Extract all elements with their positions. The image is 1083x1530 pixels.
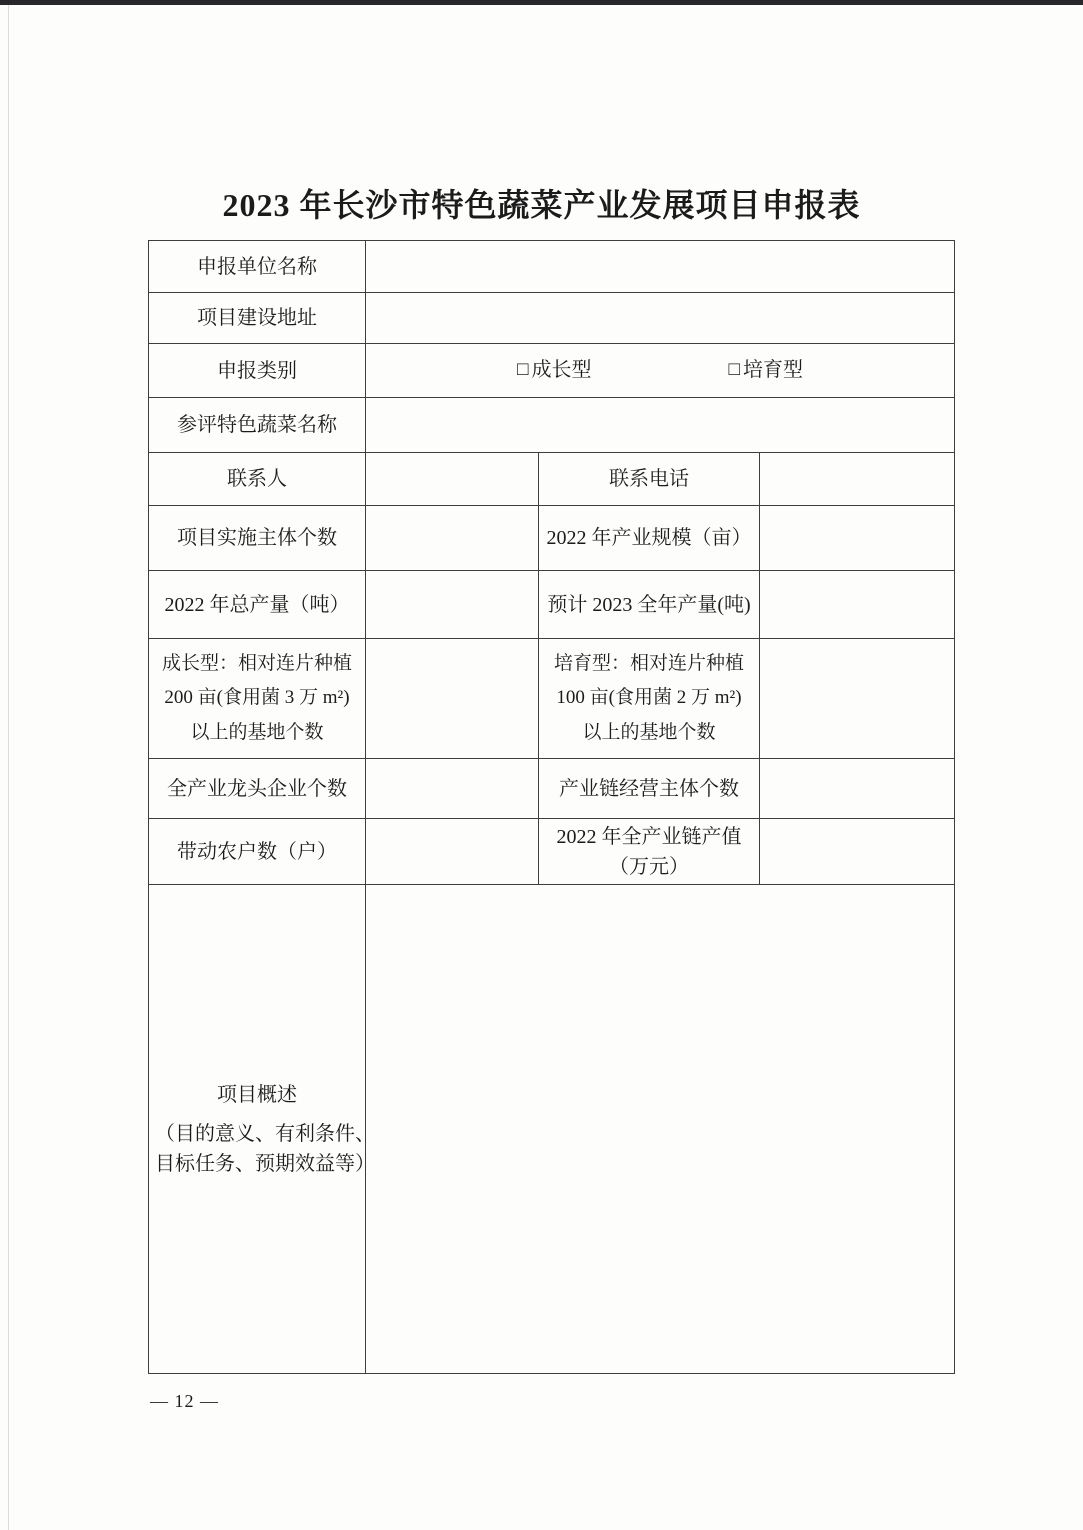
implementers-label: 项目实施主体个数 — [149, 506, 366, 571]
label-line: 成长型：相对连片种植 — [151, 647, 363, 681]
checkbox-option-cultivation-label: 培育型 — [743, 359, 803, 381]
checkbox-icon: □ — [729, 355, 740, 385]
phone-label: 联系电话 — [539, 453, 760, 506]
table-row: 项目概述 （目的意义、有利条件、 目标任务、预期效益等） — [149, 885, 955, 1374]
table-row: 参评特色蔬菜名称 — [149, 398, 955, 453]
unit-name-value-cell — [366, 241, 955, 293]
implementers-value-cell — [366, 506, 539, 571]
households-value-cell — [366, 819, 539, 885]
page-title: 2023 年长沙市特色蔬菜产业发展项目申报表 — [0, 180, 1083, 226]
checkbox-icon: □ — [517, 355, 528, 385]
label-line: 目标任务、预期效益等） — [155, 1149, 359, 1179]
vegetable-name-label: 参评特色蔬菜名称 — [149, 398, 366, 453]
category-label: 申报类别 — [149, 344, 366, 398]
label-line: 以上的基地个数 — [541, 716, 757, 750]
checkbox-option-cultivation[interactable]: □培育型 — [729, 354, 803, 386]
checkbox-option-growth[interactable]: □成长型 — [517, 354, 591, 386]
output-2023-value-cell — [760, 571, 955, 639]
label-line: 100 亩(食用菌 2 万 m²) — [541, 681, 757, 715]
table-row: 申报类别 □成长型 □培育型 — [149, 344, 955, 398]
phone-value-cell — [760, 453, 955, 506]
label-line: 培育型：相对连片种植 — [541, 647, 757, 681]
contact-label: 联系人 — [149, 453, 366, 506]
growth-bases-value-cell — [366, 639, 539, 759]
growth-bases-label: 成长型：相对连片种植 200 亩(食用菌 3 万 m²) 以上的基地个数 — [149, 639, 366, 759]
project-overview-label: 项目概述 （目的意义、有利条件、 目标任务、预期效益等） — [149, 885, 366, 1374]
scan-edge-artifact — [8, 5, 9, 1530]
chain-output-value-cell — [760, 819, 955, 885]
table-row: 全产业龙头企业个数 产业链经营主体个数 — [149, 759, 955, 819]
scan-edge-artifact — [0, 0, 1083, 5]
output-2022-value-cell — [366, 571, 539, 639]
address-label: 项目建设地址 — [149, 293, 366, 344]
label-line: 以上的基地个数 — [151, 716, 363, 750]
chain-entities-value-cell — [760, 759, 955, 819]
scale-2022-value-cell — [760, 506, 955, 571]
application-form-table: 申报单位名称 项目建设地址 申报类别 □成长型 □培育型 参评特色蔬菜名称 联系… — [148, 240, 955, 1374]
chain-output-label: 2022 年全产业链产值 （万元） — [539, 819, 760, 885]
address-value-cell — [366, 293, 955, 344]
label-line: （目的意义、有利条件、 — [155, 1119, 359, 1149]
vegetable-name-value-cell — [366, 398, 955, 453]
table-row: 2022 年总产量（吨） 预计 2023 全年产量(吨) — [149, 571, 955, 639]
label-line: 200 亩(食用菌 3 万 m²) — [151, 681, 363, 715]
table-row: 联系人 联系电话 — [149, 453, 955, 506]
lead-enterprises-value-cell — [366, 759, 539, 819]
page-number: — 12 — — [150, 1391, 219, 1412]
table-row: 申报单位名称 — [149, 241, 955, 293]
table-row: 成长型：相对连片种植 200 亩(食用菌 3 万 m²) 以上的基地个数 培育型… — [149, 639, 955, 759]
label-line: （万元） — [545, 852, 753, 882]
table-row: 项目建设地址 — [149, 293, 955, 344]
cultivation-bases-value-cell — [760, 639, 955, 759]
chain-entities-label: 产业链经营主体个数 — [539, 759, 760, 819]
output-2022-label: 2022 年总产量（吨） — [149, 571, 366, 639]
unit-name-label: 申报单位名称 — [149, 241, 366, 293]
document-page: 2023 年长沙市特色蔬菜产业发展项目申报表 申报单位名称 项目建设地址 申报类… — [0, 0, 1083, 1530]
cultivation-bases-label: 培育型：相对连片种植 100 亩(食用菌 2 万 m²) 以上的基地个数 — [539, 639, 760, 759]
checkbox-option-growth-label: 成长型 — [532, 359, 592, 381]
project-overview-value-cell — [366, 885, 955, 1374]
table-row: 项目实施主体个数 2022 年产业规模（亩） — [149, 506, 955, 571]
label-line: 项目概述 — [155, 1080, 359, 1110]
scale-2022-label: 2022 年产业规模（亩） — [539, 506, 760, 571]
table-row: 带动农户数（户） 2022 年全产业链产值 （万元） — [149, 819, 955, 885]
category-options-cell: □成长型 □培育型 — [366, 344, 955, 398]
output-2023-label: 预计 2023 全年产量(吨) — [539, 571, 760, 639]
label-line: 2022 年全产业链产值 — [545, 822, 753, 852]
households-label: 带动农户数（户） — [149, 819, 366, 885]
lead-enterprises-label: 全产业龙头企业个数 — [149, 759, 366, 819]
contact-value-cell — [366, 453, 539, 506]
